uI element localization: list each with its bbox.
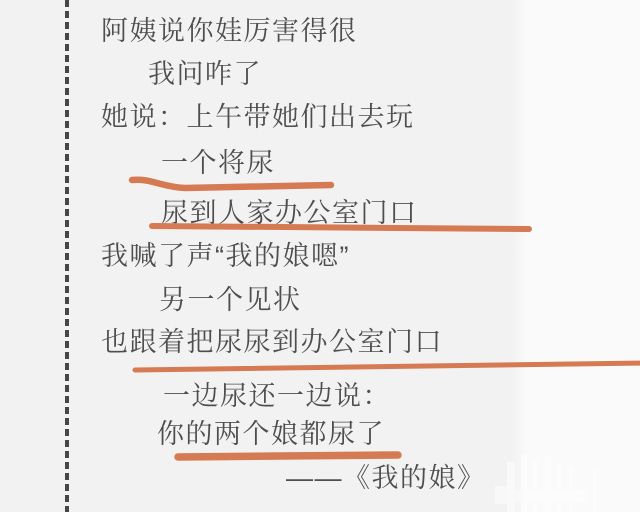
poem-line: 尿到人家办公室门口: [161, 197, 418, 229]
underline-stroke-1: [132, 180, 331, 188]
poem-line: 你的两个娘都尿了: [157, 418, 385, 450]
poem-line: 另一个见状: [159, 284, 302, 316]
watermark: [495, 450, 625, 512]
poem-line: 阿姨说你娃厉害得很: [101, 15, 358, 47]
poem-line: 一边尿还一边说：: [163, 380, 391, 412]
poem-line: 她说：上午带她们出去玩: [101, 101, 415, 133]
attribution: ——《我的娘》: [286, 462, 486, 494]
underline-stroke-4: [178, 455, 398, 457]
poem-line: 一个将尿: [161, 147, 275, 179]
poem-line: 也跟着把尿尿到办公室门口: [101, 326, 443, 358]
underline-stroke-3: [135, 363, 640, 370]
dashed-left-border: [65, 0, 69, 512]
poem-line: 我问咋了: [148, 58, 262, 90]
poem-line: 我喊了声“我的娘嗯”: [101, 240, 350, 272]
